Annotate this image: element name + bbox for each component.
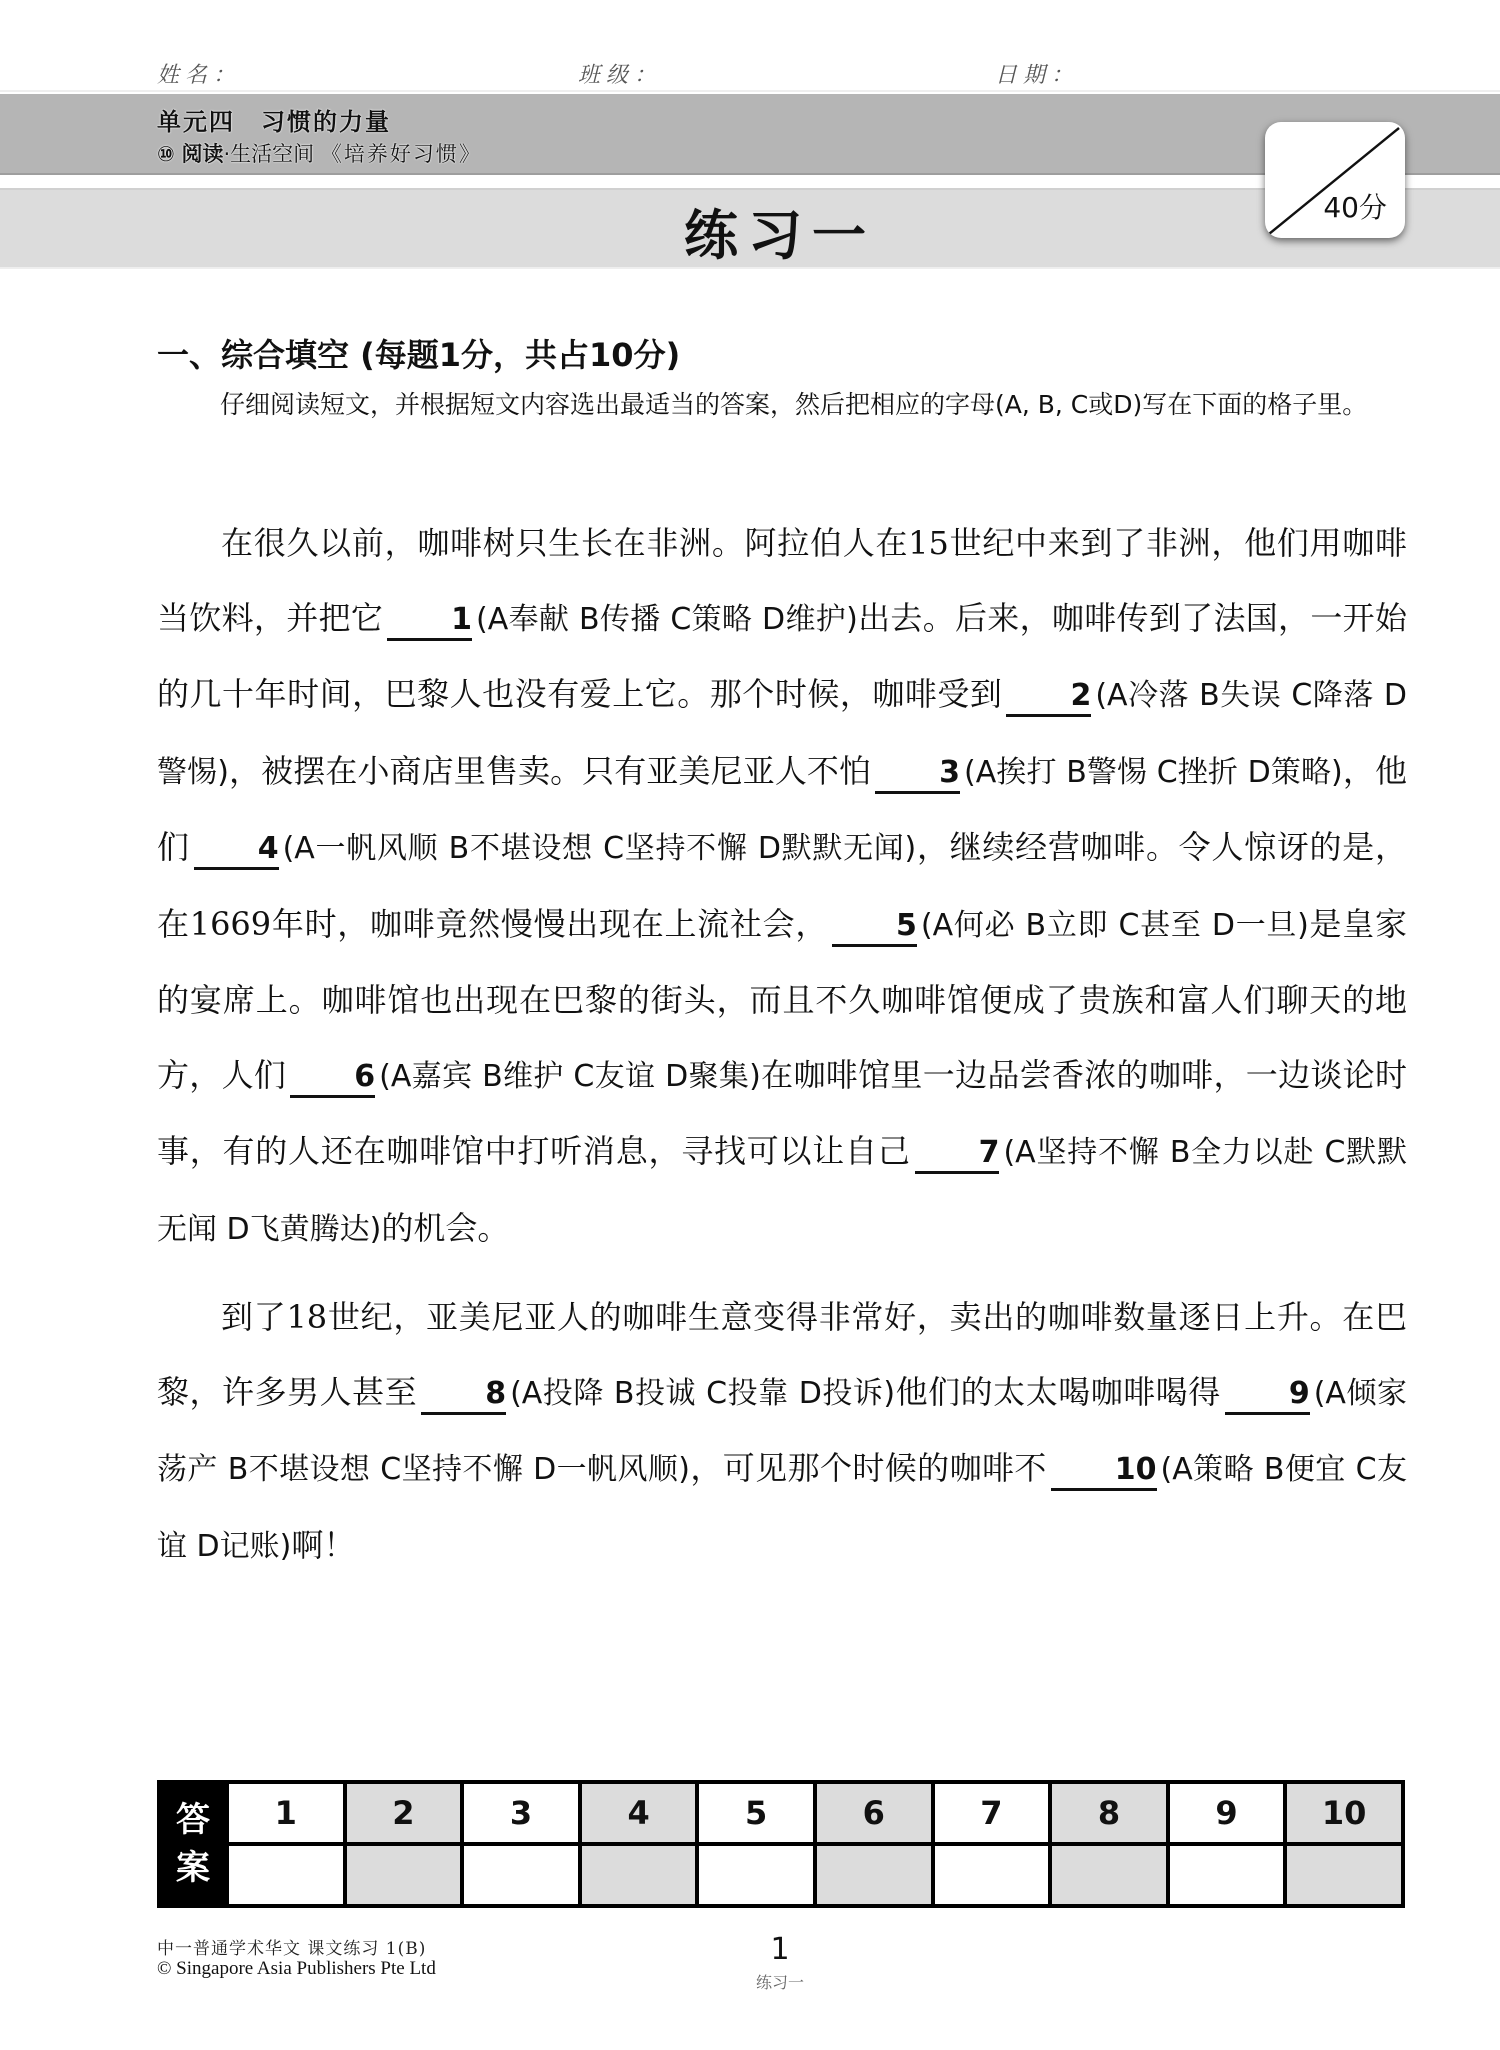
question-number: 2	[347, 1784, 461, 1842]
answer-cell-9[interactable]	[1170, 1846, 1284, 1904]
question-number: 1	[229, 1784, 343, 1842]
passage-text: ，被摆在小商店里售卖。只有亚美尼亚人不怕	[229, 752, 871, 790]
answer-options: (A一帆风顺 B不堪设想 C坚持不懈 D默默无闻)	[283, 831, 917, 866]
unit-title: 单元四 习惯的力量	[157, 102, 391, 137]
answer-column: 8	[1052, 1784, 1166, 1904]
question-number: 4	[582, 1784, 696, 1842]
answer-columns: 12345678910	[229, 1784, 1401, 1904]
answer-header-bottom: 案	[176, 1844, 210, 1892]
answer-cell-10[interactable]	[1287, 1846, 1401, 1904]
question-number: 3	[464, 1784, 578, 1842]
answer-column: 6	[817, 1784, 931, 1904]
question-number: 10	[1287, 1784, 1401, 1842]
reading-passage: 在很久以前，咖啡树只生长在非洲。阿拉伯人在15世纪中来到了非洲，他们用咖啡当饮料…	[157, 506, 1407, 1584]
answer-column: 9	[1170, 1784, 1284, 1904]
answer-options: (A嘉宾 B维护 C友谊 D聚集)	[379, 1059, 761, 1094]
lesson-subtitle: ⑩ 阅读·生活空间 《培养好习惯》	[157, 138, 482, 168]
answer-column: 4	[582, 1784, 696, 1904]
answer-cell-6[interactable]	[817, 1846, 931, 1904]
lesson-kind: 阅读	[181, 142, 223, 166]
answer-options: (A挨打 B警惕 C挫折 D策略)	[964, 755, 1343, 790]
blank-10[interactable]: 10	[1051, 1452, 1157, 1491]
answer-column: 1	[229, 1784, 343, 1904]
answer-column: 7	[935, 1784, 1049, 1904]
question-number: 8	[1052, 1784, 1166, 1842]
answer-column: 3	[464, 1784, 578, 1904]
passage-paragraph: 在很久以前，咖啡树只生长在非洲。阿拉伯人在15世纪中来到了非洲，他们用咖啡当饮料…	[157, 506, 1407, 1267]
section-heading: 一、综合填空 (每题1分，共占10分)	[157, 330, 680, 376]
score-total: 40分	[1323, 186, 1387, 226]
answer-options: (A奉献 B传播 C策略 D维护)	[476, 602, 858, 637]
blank-5[interactable]: 5	[832, 908, 917, 947]
blank-6[interactable]: 6	[290, 1059, 375, 1098]
footer-copyright: © Singapore Asia Publishers Pte Ltd	[157, 1958, 436, 1980]
blank-3[interactable]: 3	[875, 755, 960, 794]
answer-column: 5	[699, 1784, 813, 1904]
passage-paragraph: 到了18世纪，亚美尼亚人的咖啡生意变得非常好，卖出的咖啡数量逐日上升。在巴黎，许…	[157, 1280, 1407, 1584]
question-number: 7	[935, 1784, 1049, 1842]
answer-cell-8[interactable]	[1052, 1846, 1166, 1904]
page-number: 1	[720, 1932, 840, 1967]
date-label: 日期：	[995, 58, 1079, 89]
question-number: 9	[1170, 1784, 1284, 1842]
header-rule	[0, 90, 1500, 92]
lesson-category: 生活空间	[230, 142, 314, 166]
passage-text: 的机会。	[381, 1209, 509, 1247]
footer-book-title: 中一普通学术华文 课文练习 1(B)	[157, 1934, 426, 1959]
answer-cell-1[interactable]	[229, 1846, 343, 1904]
class-label: 班级：	[578, 58, 662, 89]
lesson-number: ⑩	[157, 142, 175, 166]
student-name-label: 姓名：	[157, 58, 241, 89]
blank-2[interactable]: 2	[1006, 678, 1091, 717]
answer-column: 10	[1287, 1784, 1401, 1904]
answer-cell-2[interactable]	[347, 1846, 461, 1904]
answer-cell-5[interactable]	[699, 1846, 813, 1904]
page-label: 练习一	[720, 1970, 840, 1993]
answer-header-top: 答	[176, 1796, 210, 1844]
score-badge: 40分	[1265, 122, 1405, 238]
blank-9[interactable]: 9	[1225, 1376, 1310, 1415]
passage-text: ，可见那个时候的咖啡不	[690, 1449, 1047, 1487]
section-instructions: 仔细阅读短文，并根据短文内容选出最适当的答案，然后把相应的字母(A, B, C或…	[220, 384, 1410, 426]
answer-column: 2	[347, 1784, 461, 1904]
blank-4[interactable]: 4	[194, 831, 279, 870]
question-number: 6	[817, 1784, 931, 1842]
answer-options: (A投降 B投诚 C投靠 D投诉)	[510, 1376, 895, 1411]
answer-cell-3[interactable]	[464, 1846, 578, 1904]
answer-header: 答 案	[161, 1784, 225, 1904]
passage-text: 啊！	[291, 1526, 355, 1564]
blank-8[interactable]: 8	[421, 1376, 506, 1415]
passage-text: 他们的太太喝咖啡喝得	[895, 1373, 1221, 1411]
answer-cell-7[interactable]	[935, 1846, 1049, 1904]
answer-table: 答 案 12345678910	[157, 1780, 1405, 1908]
blank-1[interactable]: 1	[387, 602, 472, 641]
answer-cell-4[interactable]	[582, 1846, 696, 1904]
question-number: 5	[699, 1784, 813, 1842]
lesson-book-title: 《培养好习惯》	[321, 142, 482, 166]
blank-7[interactable]: 7	[915, 1135, 1000, 1174]
answer-options: (A何必 B立即 C甚至 D一旦)	[921, 908, 1309, 943]
